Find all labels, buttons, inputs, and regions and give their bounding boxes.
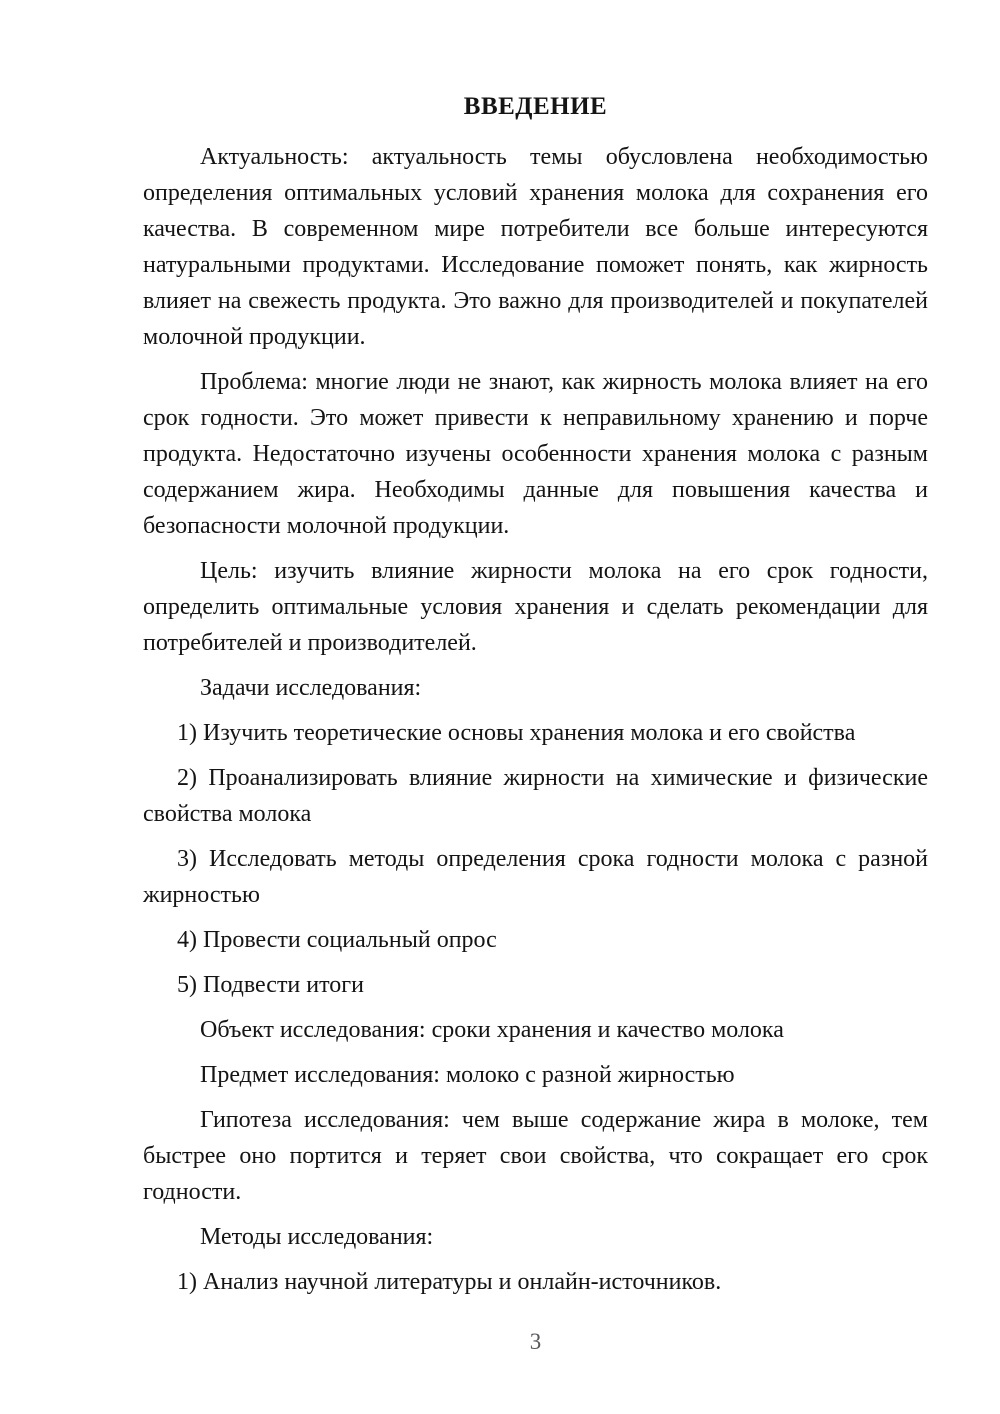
task-item-5: 5) Подвести итоги xyxy=(143,967,928,1003)
paragraph-hypothesis: Гипотеза исследования: чем выше содержан… xyxy=(143,1102,928,1210)
page-number: 3 xyxy=(143,1327,928,1357)
task-item-3: 3) Исследовать методы определения срока … xyxy=(143,841,928,913)
task-item-1: 1) Изучить теоретические основы хранения… xyxy=(143,715,928,751)
method-item-1: 1) Анализ научной литературы и онлайн-ис… xyxy=(143,1264,928,1300)
document-page: ВВЕДЕНИЕ Актуальность: актуальность темы… xyxy=(0,0,1000,1414)
methods-heading: Методы исследования: xyxy=(143,1219,928,1255)
paragraph-research-subject: Предмет исследования: молоко с разной жи… xyxy=(143,1057,928,1093)
paragraph-goal: Цель: изучить влияние жирности молока на… xyxy=(143,553,928,661)
paragraph-research-object: Объект исследования: сроки хранения и ка… xyxy=(143,1012,928,1048)
task-item-4: 4) Провести социальный опрос xyxy=(143,922,928,958)
section-title: ВВЕДЕНИЕ xyxy=(143,89,928,125)
document-body: ВВЕДЕНИЕ Актуальность: актуальность темы… xyxy=(143,89,928,1309)
paragraph-problem: Проблема: многие люди не знают, как жирн… xyxy=(143,364,928,544)
task-item-2: 2) Проанализировать влияние жирности на … xyxy=(143,760,928,832)
paragraph-relevance: Актуальность: актуальность темы обусловл… xyxy=(143,139,928,355)
tasks-heading: Задачи исследования: xyxy=(143,670,928,706)
